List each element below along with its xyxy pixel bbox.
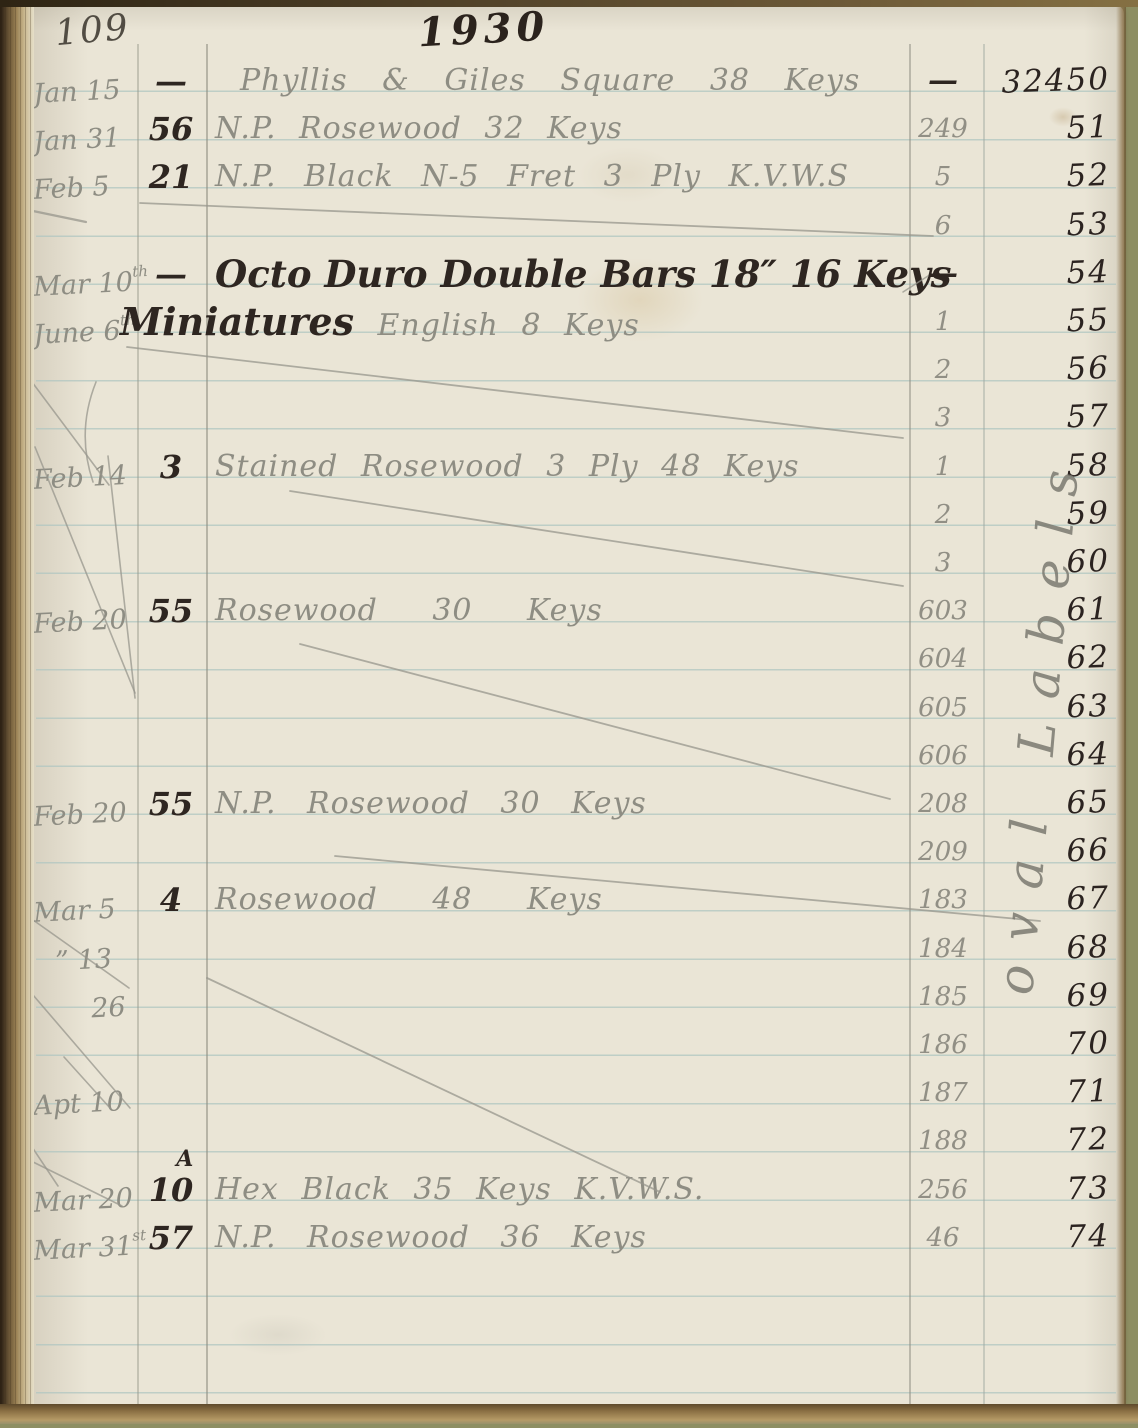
pencil-strike-marks	[0, 0, 1138, 1428]
book-edge-bottom	[0, 1404, 1138, 1424]
book-binding-left	[0, 0, 34, 1414]
book-edge-top	[0, 0, 1138, 7]
page-edge-right	[1116, 0, 1126, 1412]
ledger-page-photo: 109 1930 Jan 15 — Phyllis & Giles Square…	[0, 0, 1138, 1428]
